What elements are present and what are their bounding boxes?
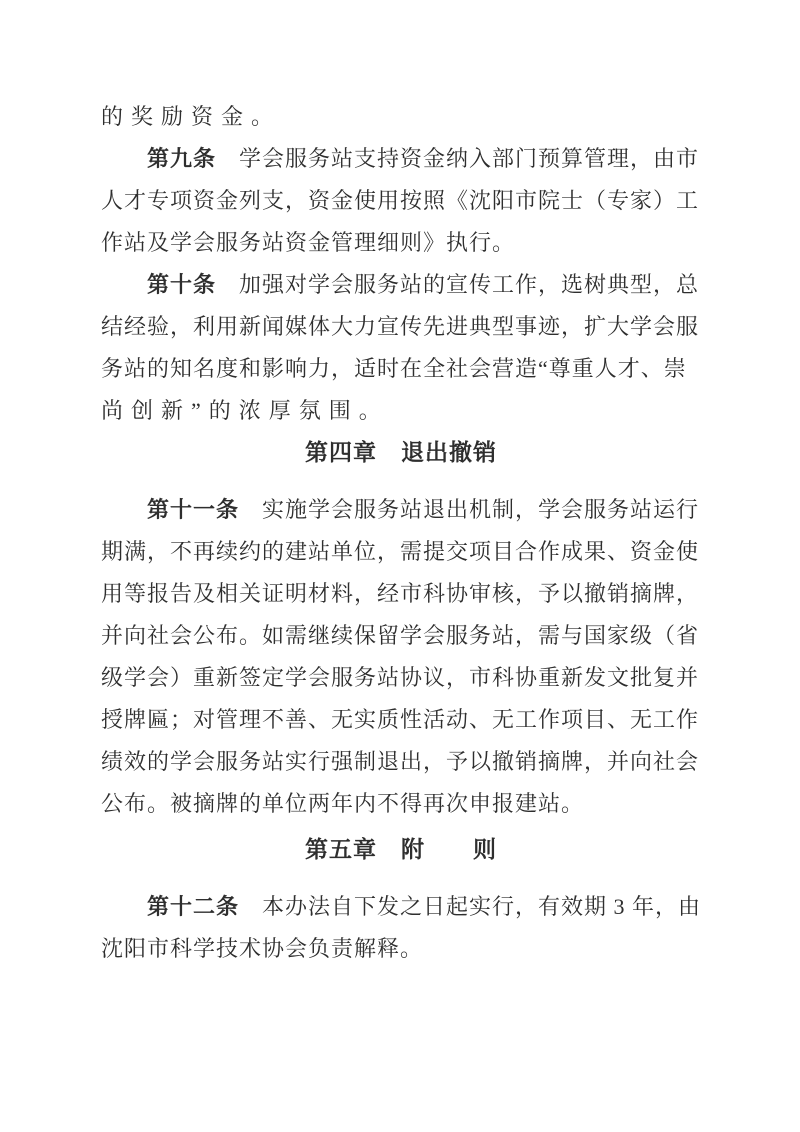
article-11-line-3: 用等报告及相关证明材料，经市科协审核，予以撤销摘牌， xyxy=(101,573,701,615)
article-10-line-2: 结经验，利用新闻媒体大力宣传先进典型事迹，扩大学会服 xyxy=(101,306,701,348)
article-9-line-1-text: 学会服务站支持资金纳入部门预算管理，由市 xyxy=(216,146,699,171)
article-11-line-1-text: 实施学会服务站退出机制，学会服务站运行 xyxy=(239,497,699,522)
article-9-number: 第九条 xyxy=(147,146,216,171)
article-11-line-4: 并向社会公布。如需继续保留学会服务站，需与国家级（省 xyxy=(101,615,701,657)
document-page: 的奖励资金。 第九条 学会服务站支持资金纳入部门预算管理，由市 人才专项资金列支… xyxy=(0,0,800,1132)
article-11-line-7: 绩效的学会服务站实行强制退出，予以撤销摘牌，并向社会 xyxy=(101,741,701,783)
article-10-line-1-text: 加强对学会服务站的宣传工作，选树典型，总 xyxy=(216,272,699,297)
article-10-line-4: 尚创新”的浓厚氛围。 xyxy=(101,390,701,432)
article-10-line-3: 务站的知名度和影响力，适时在全社会营造“尊重人才、崇 xyxy=(101,348,701,390)
article-9-line-1: 第九条 学会服务站支持资金纳入部门预算管理，由市 xyxy=(101,138,701,180)
article-12-line-1: 第十二条 本办法自下发之日起实行，有效期 3 年，由 xyxy=(101,886,701,928)
article-12-line-1-text: 本办法自下发之日起实行，有效期 3 年，由 xyxy=(239,894,701,919)
article-10-number: 第十条 xyxy=(147,272,216,297)
chapter-4-heading: 第四章 退出撤销 xyxy=(101,432,701,474)
article-11-line-5: 级学会）重新签定学会服务站协议，市科协重新发文批复并 xyxy=(101,657,701,699)
document-content: 的奖励资金。 第九条 学会服务站支持资金纳入部门预算管理，由市 人才专项资金列支… xyxy=(0,0,800,970)
article-10-line-1: 第十条 加强对学会服务站的宣传工作，选树典型，总 xyxy=(101,264,701,306)
article-11-line-1: 第十一条 实施学会服务站退出机制，学会服务站运行 xyxy=(101,489,701,531)
article-12-number: 第十二条 xyxy=(147,894,239,919)
article-11-number: 第十一条 xyxy=(147,497,239,522)
chapter-5-heading: 第五章 附 则 xyxy=(101,829,701,871)
article-9-line-2: 人才专项资金列支，资金使用按照《沈阳市院士（专家）工 xyxy=(101,180,701,222)
article-12-line-2: 沈阳市科学技术协会负责解释。 xyxy=(101,928,701,970)
article-11-line-6: 授牌匾；对管理不善、无实质性活动、无工作项目、无工作 xyxy=(101,699,701,741)
article-11-line-8: 公布。被摘牌的单位两年内不得再次申报建站。 xyxy=(101,783,701,825)
article-11-line-2: 期满，不再续约的建站单位，需提交项目合作成果、资金使 xyxy=(101,531,701,573)
paragraph-continuation-last-line: 的奖励资金。 xyxy=(101,96,701,138)
article-9-line-3: 作站及学会服务站资金管理细则》执行。 xyxy=(101,222,701,264)
